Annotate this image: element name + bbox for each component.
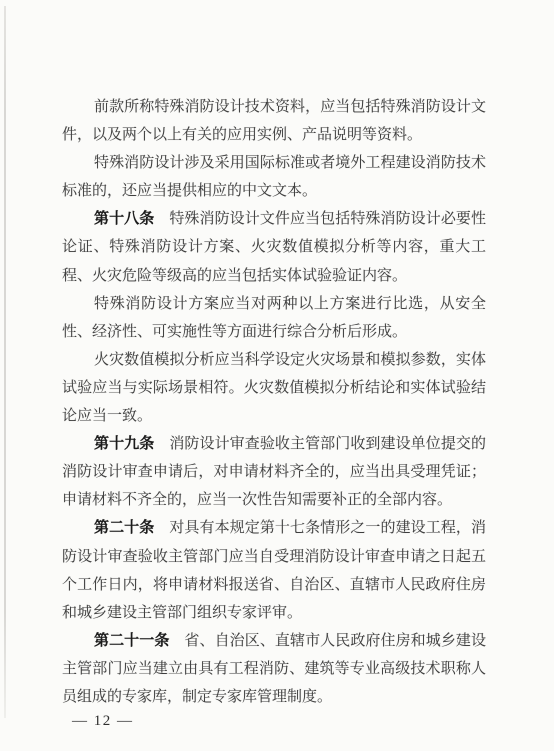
line-text: 申请材料不齐全的，应当一次性告知需要补正的全部内容。 (62, 492, 452, 508)
line-text: 特殊消防设计文件应当包括特殊消防设计必要性 (169, 211, 486, 227)
line-text: 论应当一致。 (62, 408, 152, 424)
text-line: 防设计审查验收主管部门应当自受理消防设计审查申请之日起五 (62, 543, 486, 571)
text-line: 消防设计审查申请后，对申请材料齐全的，应当出具受理凭证； (62, 458, 486, 486)
text-line: 特殊消防设计方案应当对两种以上方案进行比选，从安全 (62, 290, 486, 318)
article-number: 第十八条 (94, 210, 154, 227)
text-line: 前款所称特殊消防设计技术资料，应当包括特殊消防设计文 (62, 93, 486, 121)
line-text: 省、自治区、直辖市人民政府住房和城乡建设 (184, 633, 486, 649)
text-line: 论证、特殊消防设计方案、火灾数值模拟分析等内容，重大工 (62, 233, 486, 261)
text-line: 第十八条特殊消防设计文件应当包括特殊消防设计必要性 (62, 205, 486, 233)
text-line: 论应当一致。 (62, 402, 486, 430)
article-number: 第二十一条 (94, 632, 169, 649)
text-line: 员组成的专家库，制定专家库管理制度。 (62, 683, 486, 711)
line-text: 个工作日内，将申请材料报送省、自治区、直辖市人民政府住房 (62, 577, 486, 593)
text-line: 标准的，还应当提供相应的中文文本。 (62, 177, 486, 205)
text-line: 个工作日内，将申请材料报送省、自治区、直辖市人民政府住房 (62, 571, 486, 599)
line-text: 标准的，还应当提供相应的中文文本。 (62, 183, 317, 199)
line-text: 员组成的专家库，制定专家库管理制度。 (62, 689, 332, 705)
line-text: 防设计审查验收主管部门应当自受理消防设计审查申请之日起五 (62, 549, 486, 565)
line-text: 前款所称特殊消防设计技术资料，应当包括特殊消防设计文 (94, 99, 486, 115)
scan-edge-line (4, 6, 6, 718)
line-text: 试验应当与实际场景相符。火灾数值模拟分析结论和实体试验结 (62, 380, 486, 396)
line-text: 对具有本规定第十七条情形之一的建设工程，消 (169, 520, 486, 536)
line-text: 论证、特殊消防设计方案、火灾数值模拟分析等内容，重大工 (62, 239, 486, 255)
text-line: 特殊消防设计涉及采用国际标准或者境外工程建设消防技术 (62, 149, 486, 177)
text-line: 件，以及两个以上有关的应用实例、产品说明等资料。 (62, 121, 486, 149)
document-body: 前款所称特殊消防设计技术资料，应当包括特殊消防设计文 件，以及两个以上有关的应用… (62, 93, 486, 711)
text-line: 主管部门应当建立由具有工程消防、建筑等专业高级技术职称人 (62, 655, 486, 683)
text-line: 性、经济性、可实施性等方面进行综合分析后形成。 (62, 318, 486, 346)
text-line: 和城乡建设主管部门组织专家评审。 (62, 599, 486, 627)
line-text: 火灾数值模拟分析应当科学设定火灾场景和模拟参数，实体 (94, 352, 486, 368)
text-line: 程、火灾危险等级高的应当包括实体试验验证内容。 (62, 262, 486, 290)
line-text: 和城乡建设主管部门组织专家评审。 (62, 605, 302, 621)
document-page: 前款所称特殊消防设计技术资料，应当包括特殊消防设计文 件，以及两个以上有关的应用… (0, 0, 554, 751)
text-line: 试验应当与实际场景相符。火灾数值模拟分析结论和实体试验结 (62, 374, 486, 402)
text-line: 第二十一条省、自治区、直辖市人民政府住房和城乡建设 (62, 627, 486, 655)
line-text: 主管部门应当建立由具有工程消防、建筑等专业高级技术职称人 (62, 661, 486, 677)
text-line: 第十九条消防设计审查验收主管部门收到建设单位提交的 (62, 430, 486, 458)
line-text: 程、火灾危险等级高的应当包括实体试验验证内容。 (62, 268, 407, 284)
article-number: 第十九条 (94, 435, 154, 452)
line-text: 性、经济性、可实施性等方面进行综合分析后形成。 (62, 324, 407, 340)
line-text: 消防设计审查验收主管部门收到建设单位提交的 (169, 436, 486, 452)
line-text: 消防设计审查申请后，对申请材料齐全的，应当出具受理凭证； (62, 464, 486, 480)
line-text: 件，以及两个以上有关的应用实例、产品说明等资料。 (62, 127, 422, 143)
line-text: 特殊消防设计涉及采用国际标准或者境外工程建设消防技术 (94, 155, 486, 171)
page-number: — 12 — (72, 713, 134, 729)
article-number: 第二十条 (94, 519, 154, 536)
text-line: 火灾数值模拟分析应当科学设定火灾场景和模拟参数，实体 (62, 346, 486, 374)
text-line: 申请材料不齐全的，应当一次性告知需要补正的全部内容。 (62, 486, 486, 514)
line-text: 特殊消防设计方案应当对两种以上方案进行比选，从安全 (94, 296, 486, 312)
text-line: 第二十条对具有本规定第十七条情形之一的建设工程，消 (62, 514, 486, 542)
